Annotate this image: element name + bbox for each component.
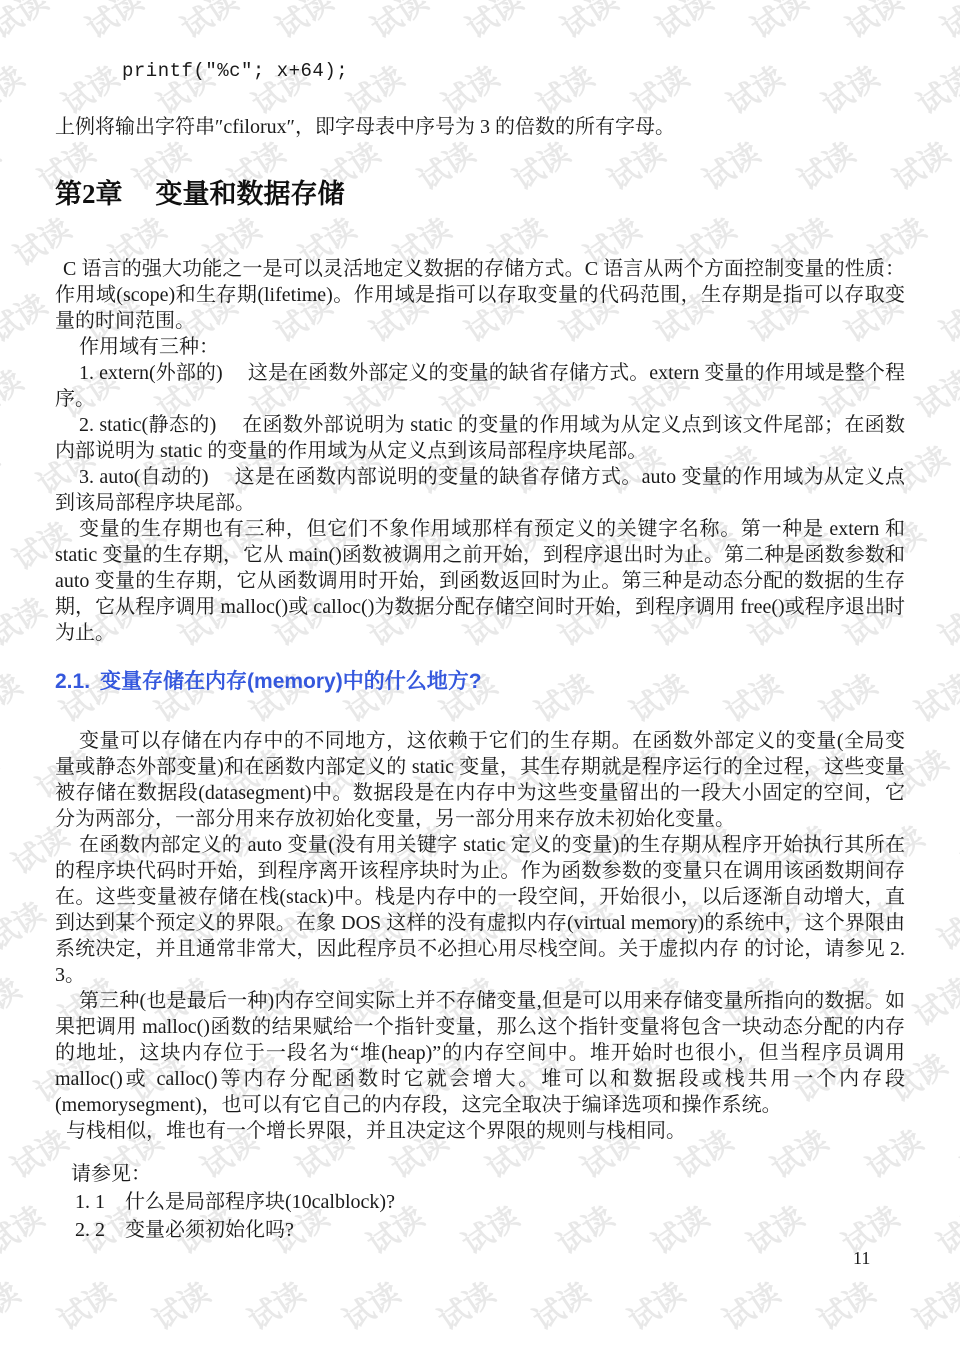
scope-list-item: 3. auto(自动的) 这是在函数内部说明的变量的缺省存储方式。auto 变量… [55, 464, 905, 516]
section-title: 变量存储在内存(memory)中的什么地方? [100, 670, 482, 693]
watermark-text: 试读 [903, 1269, 960, 1339]
watermark-text: 试读 [143, 1269, 217, 1339]
watermark-text: 试读 [953, 509, 960, 579]
document-page: 试读试读试读试读试读试读试读试读试读试读试读试读试读试读试读试读试读试读试读试读… [0, 0, 960, 1357]
watermark-text: 试读 [0, 661, 29, 731]
watermark-text: 试读 [904, 965, 960, 1035]
page-content: printf(″%c″; x+64); 上例将输出字符串″cfilorux″，即… [55, 58, 905, 1244]
watermark-text: 试读 [0, 965, 28, 1035]
see-also-block: 请参见： 1. 1 什么是局部程序块(10calblock)? 2. 2 变量必… [55, 1160, 905, 1244]
watermark-text: 试读 [523, 1269, 597, 1339]
chapter-title: 变量和数据存储 [156, 179, 345, 209]
watermark-text: 试读 [48, 1269, 122, 1339]
watermark-text: 试读 [931, 0, 960, 47]
body-paragraph-lifetime: 变量的生存期也有三种，但它们不象作用域那样有预定义的关键字名称。第一种是 ext… [55, 516, 905, 646]
watermark-text: 试读 [907, 53, 960, 123]
watermark-text: 试读 [76, 0, 150, 47]
watermark-text: 试读 [836, 0, 910, 47]
watermark-text: 试读 [266, 0, 340, 47]
watermark-text: 试读 [0, 1269, 27, 1339]
watermark-text: 试读 [551, 0, 625, 47]
watermark-text: 试读 [713, 1269, 787, 1339]
watermark-text: 试读 [929, 585, 960, 655]
watermark-text: 试读 [0, 281, 54, 351]
code-line: printf(″%c″; x+64); [122, 58, 905, 84]
watermark-text: 试读 [954, 205, 960, 275]
body-paragraph: 第三种(也是最后一种)内存空间实际上并不存储变量,但是可以用来存储变量所指向的数… [55, 988, 905, 1118]
watermark-text: 试读 [238, 1269, 312, 1339]
watermark-text: 试读 [0, 53, 31, 123]
watermark-text: 试读 [333, 1269, 407, 1339]
intro-paragraph: 上例将输出字符串″cfilorux″，即字母表中序号为 3 的倍数的所有字母。 [55, 114, 905, 140]
scope-list-item: 1. extern(外部的) 这是在函数外部定义的变量的缺省存储方式。exter… [55, 360, 905, 412]
watermark-text: 试读 [927, 1193, 960, 1263]
body-paragraph: 与栈相似，堆也有一个增长界限，并且决定这个界限的规则与栈相同。 [55, 1118, 905, 1144]
watermark-text: 试读 [0, 1041, 4, 1111]
watermark-text: 试读 [0, 737, 5, 807]
watermark-text: 试读 [428, 1269, 502, 1339]
body-paragraph: 变量可以存储在内存中的不同地方，这依赖于它们的生存期。在函数外部定义的变量(全局… [55, 728, 905, 832]
watermark-text: 试读 [741, 0, 815, 47]
see-also-item: 2. 2 变量必须初始化吗? [75, 1216, 905, 1244]
section-heading: 2.1.变量存储在内存(memory)中的什么地方? [55, 668, 905, 696]
body-paragraph-scope-intro: 作用域有三种： [55, 334, 905, 360]
watermark-text: 试读 [361, 0, 435, 47]
watermark-text: 试读 [618, 1269, 692, 1339]
see-also-label: 请参见： [71, 1160, 905, 1188]
watermark-text: 试读 [0, 1193, 51, 1263]
watermark-text: 试读 [171, 0, 245, 47]
watermark-text: 试读 [456, 0, 530, 47]
body-paragraph-overview: C 语言的强大功能之一是可以灵活地定义数据的存储方式。C 语言从两个方面控制变量… [55, 256, 905, 334]
watermark-text: 试读 [0, 585, 53, 655]
watermark-text: 试读 [951, 1117, 960, 1187]
see-also-item: 1. 1 什么是局部程序块(10calblock)? [75, 1188, 905, 1216]
watermark-text: 试读 [0, 433, 6, 503]
chapter-heading: 第2章变量和数据存储 [55, 178, 905, 210]
watermark-text: 试读 [808, 1269, 882, 1339]
watermark-text: 试读 [928, 889, 960, 959]
watermark-text: 试读 [646, 0, 720, 47]
watermark-text: 试读 [906, 357, 960, 427]
watermark-text: 试读 [952, 813, 960, 883]
section-number: 2.1. [55, 670, 90, 693]
watermark-text: 试读 [0, 0, 55, 47]
body-paragraph: 在函数内部定义的 auto 变量(没有用关键字 static 定义的变量)的生存… [55, 832, 905, 988]
chapter-number: 第2章 [55, 179, 123, 209]
scope-list-item: 2. static(静态的) 在函数外部说明为 static 的变量的作用域为从… [55, 412, 905, 464]
watermark-text: 试读 [0, 129, 7, 199]
watermark-text: 试读 [0, 889, 52, 959]
watermark-text: 试读 [905, 661, 960, 731]
watermark-text: 试读 [0, 357, 30, 427]
page-number: 11 [853, 1248, 870, 1269]
watermark-text: 试读 [930, 281, 960, 351]
